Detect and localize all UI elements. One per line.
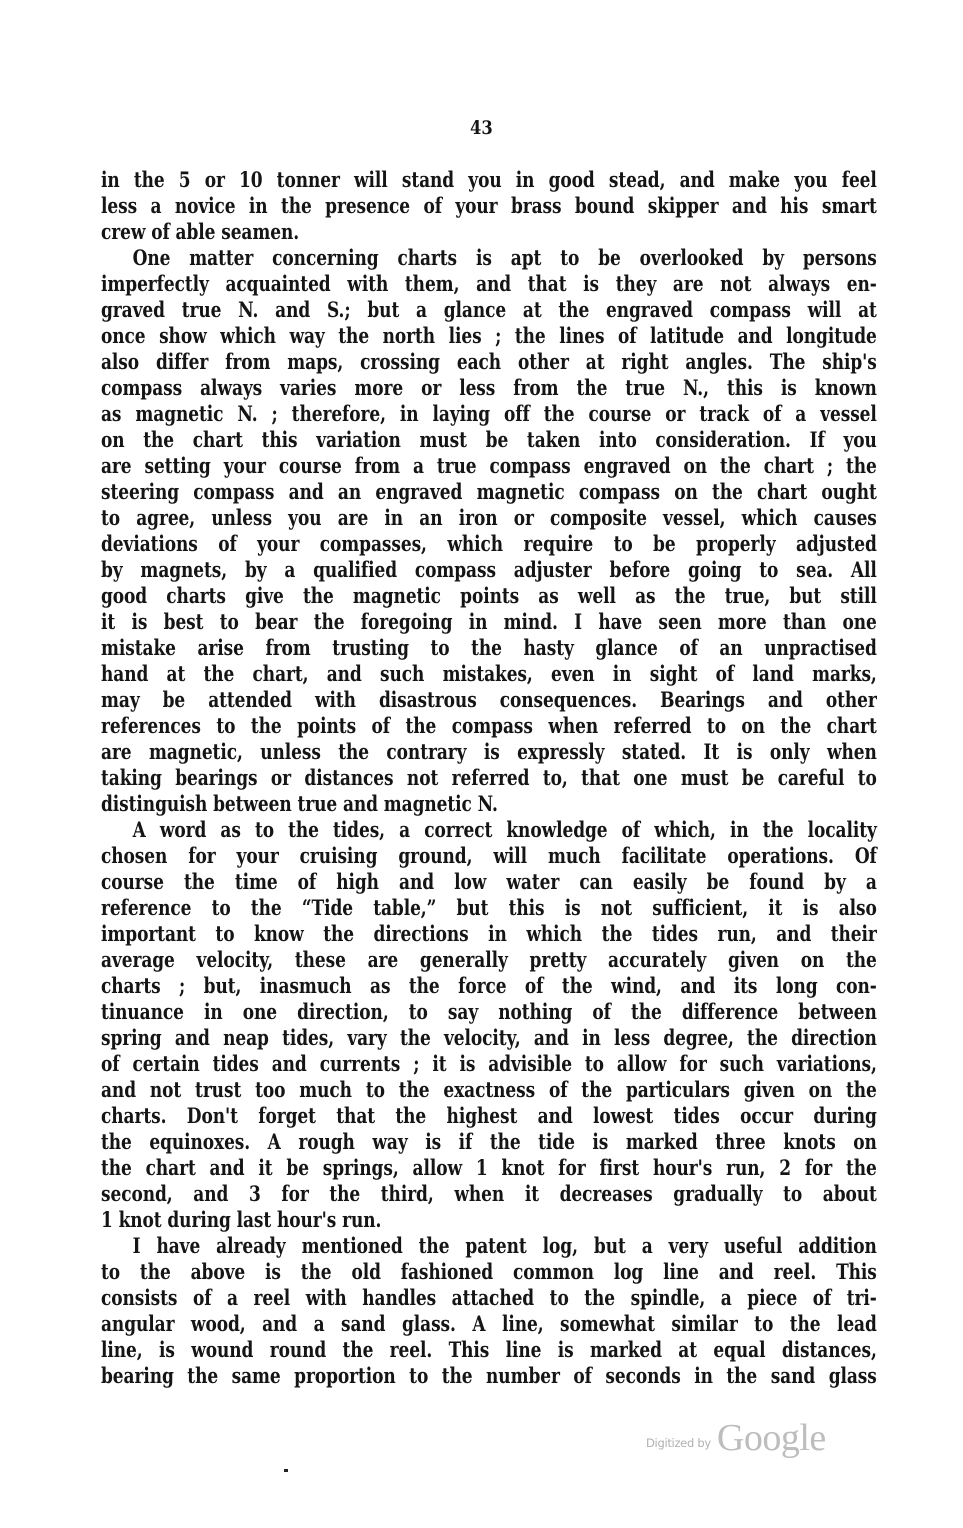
scan-speck [284,1469,288,1472]
text-line: A word as to the tides, a correct knowle… [101,818,877,844]
text-line: less a novice in the presence of your br… [101,194,877,220]
text-line: average velocity, these are generally pr… [101,948,877,974]
text-line: crew of able seamen. [101,220,877,246]
text-line: angular wood, and a sand glass. A line, … [101,1312,877,1338]
text-line: reference to the “Tide table,” but this … [101,896,877,922]
text-line: compass always varies more or less from … [101,376,877,402]
text-line: mistake arise from trusting to the hasty… [101,636,877,662]
text-line: the chart and it be springs, allow 1 kno… [101,1156,877,1182]
text-line: imperfectly acquainted with them, and th… [101,272,877,298]
text-line: in the 5 or 10 tonner will stand you in … [101,168,877,194]
text-line: by magnets, by a qualified compass adjus… [101,558,877,584]
paragraph: A word as to the tides, a correct knowle… [101,818,877,1234]
text-line: also differ from maps, crossing each oth… [101,350,877,376]
text-line: charts ; but, inasmuch as the force of t… [101,974,877,1000]
text-line: One matter concerning charts is apt to b… [101,246,877,272]
text-line: of certain tides and currents ; it is ad… [101,1052,877,1078]
paragraph: One matter concerning charts is apt to b… [101,246,877,818]
watermark-prefix: Digitized by [646,1436,711,1450]
text-line: tinuance in one direction, to say nothin… [101,1000,877,1026]
text-line: good charts give the magnetic points as … [101,584,877,610]
text-line: distinguish between true and magnetic N. [101,792,877,818]
text-line: to agree, unless you are in an iron or c… [101,506,877,532]
text-line: spring and neap tides, vary the velocity… [101,1026,877,1052]
text-line: to the above is the old fashioned common… [101,1260,877,1286]
text-line: consists of a reel with handles attached… [101,1286,877,1312]
text-line: hand at the chart, and such mistakes, ev… [101,662,877,688]
text-line: the equinoxes. A rough way is if the tid… [101,1130,877,1156]
text-line: 1 knot during last hour's run. [101,1208,877,1234]
page-number: 43 [67,117,895,139]
text-line: bearing the same proportion to the numbe… [101,1364,877,1390]
google-logo-text: Google [717,1417,826,1459]
text-line: may be attended with disastrous conseque… [101,688,877,714]
text-line: are setting your course from a true comp… [101,454,877,480]
text-line: it is best to bear the foregoing in mind… [101,610,877,636]
text-line: on the chart this variation must be take… [101,428,877,454]
text-line: I have already mentioned the patent log,… [101,1234,877,1260]
text-line: once show which way the north lies ; the… [101,324,877,350]
text-line: important to know the directions in whic… [101,922,877,948]
text-line: deviations of your compasses, which requ… [101,532,877,558]
text-line: references to the points of the compass … [101,714,877,740]
text-line: line, is wound round the reel. This line… [101,1338,877,1364]
text-line: chosen for your cruising ground, will mu… [101,844,877,870]
text-line: steering compass and an engraved magneti… [101,480,877,506]
text-line: as magnetic N. ; therefore, in laying of… [101,402,877,428]
text-line: charts. Don't forget that the highest an… [101,1104,877,1130]
text-line: taking bearings or distances not referre… [101,766,877,792]
text-line: second, and 3 for the third, when it dec… [101,1182,877,1208]
google-digitized-watermark: Digitized by Google [646,1416,826,1460]
paragraph: I have already mentioned the patent log,… [101,1234,877,1390]
paragraph: in the 5 or 10 tonner will stand you in … [101,168,877,246]
text-line: and not trust too much to the exactness … [101,1078,877,1104]
text-line: course the time of high and low water ca… [101,870,877,896]
text-line: graved true N. and S.; but a glance at t… [101,298,877,324]
text-line: are magnetic, unless the contrary is exp… [101,740,877,766]
body-text: in the 5 or 10 tonner will stand you in … [101,168,877,1390]
